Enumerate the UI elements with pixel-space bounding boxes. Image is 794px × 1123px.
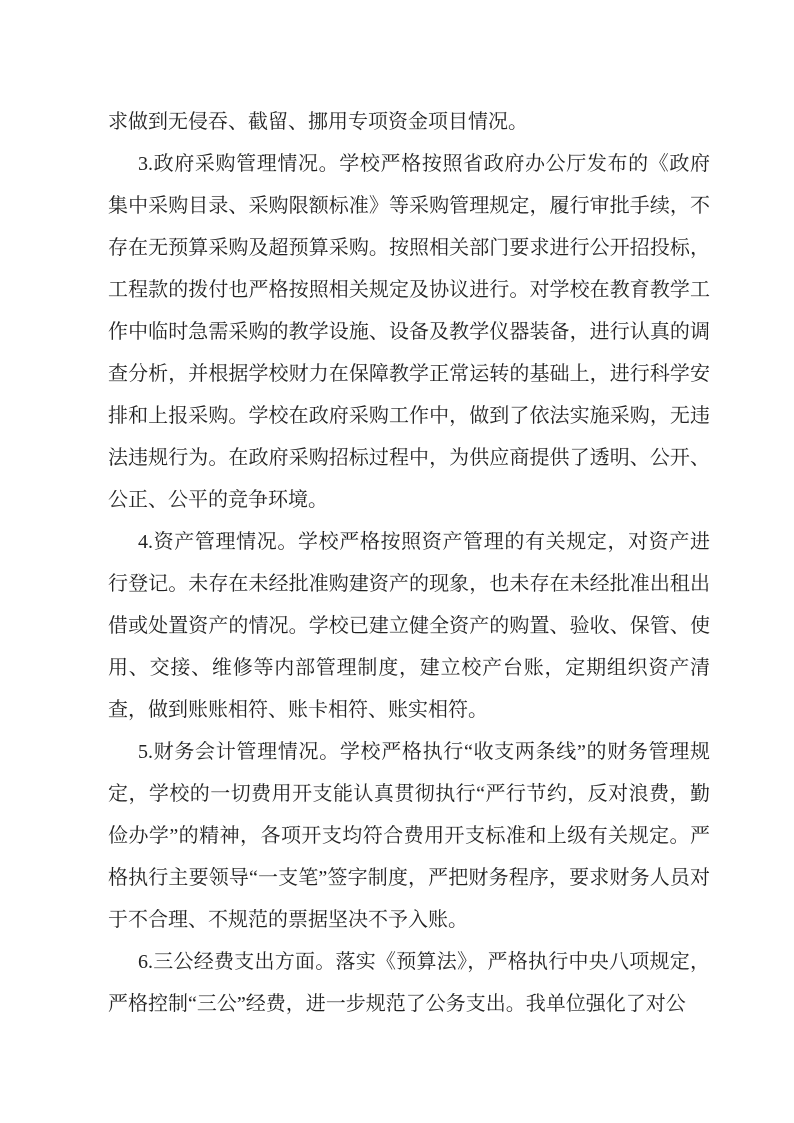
paragraph-financial-accounting: 5.财务会计管理情况。学校严格执行“收支两条线”的财务管理规定，学校的一切费用开… bbox=[108, 731, 710, 941]
paragraph-three-public-expenses: 6.三公经费支出方面。落实《预算法》，严格执行中央八项规定，严格控制“三公”经费… bbox=[108, 941, 710, 1025]
paragraph-continuation: 求做到无侵吞、截留、挪用专项资金项目情况。 bbox=[108, 101, 710, 143]
paragraph-government-procurement: 3.政府采购管理情况。学校严格按照省政府办公厅发布的《政府集中采购目录、采购限额… bbox=[108, 143, 710, 521]
document-page: 求做到无侵吞、截留、挪用专项资金项目情况。 3.政府采购管理情况。学校严格按照省… bbox=[0, 0, 794, 1123]
paragraph-asset-management: 4.资产管理情况。学校严格按照资产管理的有关规定，对资产进行登记。未存在未经批准… bbox=[108, 521, 710, 731]
document-text-block: 求做到无侵吞、截留、挪用专项资金项目情况。 3.政府采购管理情况。学校严格按照省… bbox=[108, 101, 710, 1025]
